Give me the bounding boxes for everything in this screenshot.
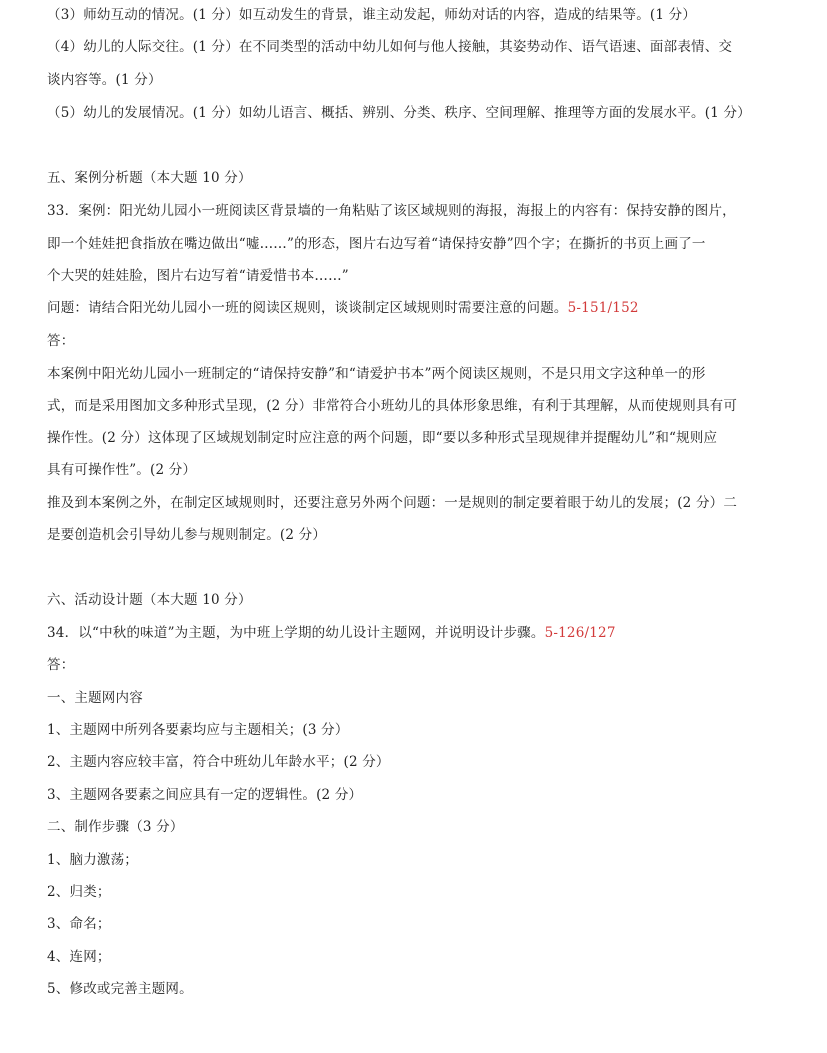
answer-label: 答： [47,332,817,350]
answer-33-line-1: 本案例中阳光幼儿园小一班制定的“请保持安静”和“请爱护书本”两个阅读区规则，不是… [47,365,817,383]
line-text: 操作性。(2 分）这体现了区域规划制定时应注意的两个问题，即“要以多种形式呈现规… [47,430,717,446]
line-text: 3、主题网各要素之间应具有一定的逻辑性。(2 分） [47,787,362,803]
subheading-production-steps: 二、制作步骤（3 分） [47,818,817,836]
page-reference: 5-126/127 [545,625,616,641]
answer-33-line-3: 操作性。(2 分）这体现了区域规划制定时应注意的两个问题，即“要以多种形式呈现规… [47,429,817,447]
answer-33-line-2: 式，而是采用图加文多种形式呈现，(2 分）非常符合小班幼儿的具体形象思维，有利于… [47,397,817,415]
line-text: 式，而是采用图加文多种形式呈现，(2 分）非常符合小班幼儿的具体形象思维，有利于… [47,398,737,414]
document-page: （3）师幼互动的情况。(1 分）如互动发生的背景，谁主动发起，师幼对话的内容，造… [0,0,827,1053]
section-heading-activity-design: 六、活动设计题（本大题 10 分） [47,591,817,609]
answer-33-line-6: 是要创造机会引导幼儿参与规则制定。(2 分） [47,526,817,544]
question-33-case-line-1: 33．案例：阳光幼儿园小一班阅读区背景墙的一角粘贴了该区域规则的海报，海报上的内… [47,202,817,220]
question-33-case-line-2: 即一个娃娃把食指放在嘴边做出“嘘……”的形态，图片右边写着“请保持安静”四个字；… [47,235,817,253]
list-item-content-2: 2、主题内容应较丰富，符合中班幼儿年龄水平；(2 分） [47,753,817,771]
subheading-theme-web-content: 一、主题网内容 [47,689,817,707]
text-line-q4-continued: 谈内容等。(1 分） [47,71,817,89]
page-reference: 5-151/152 [568,300,639,316]
line-text: 1、主题网中所列各要素均应与主题相关；(3 分） [47,722,349,738]
text-line-q3-interaction: （3）师幼互动的情况。(1 分）如互动发生的背景，谁主动发起，师幼对话的内容，造… [47,6,817,24]
text-line-q4-interpersonal: （4）幼儿的人际交往。(1 分）在不同类型的活动中幼儿如何与他人接触，其姿势动作… [47,38,817,56]
section-heading-case-analysis: 五、案例分析题（本大题 10 分） [47,169,817,187]
answer-33-line-4: 具有可操作性”。(2 分） [47,461,817,479]
list-item-step-2: 2、归类； [47,883,817,901]
line-text: （5）幼儿的发展情况。(1 分）如幼儿语言、概括、辨别、分类、秩序、空间理解、推… [47,105,751,121]
line-text: 问题：请结合阳光幼儿园小一班的阅读区规则，谈谈制定区域规则时需要注意的问题。 [47,300,568,316]
line-text: 本案例中阳光幼儿园小一班制定的“请保持安静”和“请爱护书本”两个阅读区规则，不是… [47,366,706,382]
answer-33-line-5: 推及到本案例之外，在制定区域规则时，还要注意另外两个问题：一是规则的制定要着眼于… [47,494,817,512]
line-text: 33．案例：阳光幼儿园小一班阅读区背景墙的一角粘贴了该区域规则的海报，海报上的内… [47,203,736,219]
line-text: 答： [47,657,74,673]
question-34-prompt: 34．以“中秋的味道”为主题，为中班上学期的幼儿设计主题网，并说明设计步骤。5-… [47,624,817,642]
list-item-step-3: 3、命名； [47,915,817,933]
list-item-step-5: 5、修改或完善主题网。 [47,980,817,998]
line-text: （4）幼儿的人际交往。(1 分）在不同类型的活动中幼儿如何与他人接触，其姿势动作… [47,39,732,55]
line-text: 一、主题网内容 [47,690,143,706]
line-text: 34．以“中秋的味道”为主题，为中班上学期的幼儿设计主题网，并说明设计步骤。 [47,625,545,641]
heading-text: 六、活动设计题（本大题 10 分） [47,592,252,608]
line-text: （3）师幼互动的情况。(1 分）如互动发生的背景，谁主动发起，师幼对话的内容，造… [47,7,696,23]
line-text: 推及到本案例之外，在制定区域规则时，还要注意另外两个问题：一是规则的制定要着眼于… [47,495,737,511]
line-text: 5、修改或完善主题网。 [47,981,193,997]
line-text: 具有可操作性”。(2 分） [47,462,196,478]
line-text: 二、制作步骤（3 分） [47,819,184,835]
line-text: 答： [47,333,74,349]
answer-label: 答： [47,656,817,674]
line-text: 2、主题内容应较丰富，符合中班幼儿年龄水平；(2 分） [47,754,390,770]
line-text: 1、脑力激荡； [47,852,138,868]
line-text: 是要创造机会引导幼儿参与规则制定。(2 分） [47,527,326,543]
text-line-q5-development: （5）幼儿的发展情况。(1 分）如幼儿语言、概括、辨别、分类、秩序、空间理解、推… [47,104,817,122]
question-33-prompt: 问题：请结合阳光幼儿园小一班的阅读区规则，谈谈制定区域规则时需要注意的问题。5-… [47,299,817,317]
line-text: 3、命名； [47,916,111,932]
line-text: 2、归类； [47,884,111,900]
line-text: 4、连网； [47,949,111,965]
list-item-step-1: 1、脑力激荡； [47,851,817,869]
list-item-step-4: 4、连网； [47,948,817,966]
question-33-case-line-3: 个大哭的娃娃脸，图片右边写着“请爱惜书本……” [47,267,817,285]
line-text: 即一个娃娃把食指放在嘴边做出“嘘……”的形态，图片右边写着“请保持安静”四个字；… [47,236,706,252]
list-item-content-1: 1、主题网中所列各要素均应与主题相关；(3 分） [47,721,817,739]
heading-text: 五、案例分析题（本大题 10 分） [47,170,252,186]
line-text: 谈内容等。(1 分） [47,72,162,88]
line-text: 个大哭的娃娃脸，图片右边写着“请爱惜书本……” [47,268,349,284]
list-item-content-3: 3、主题网各要素之间应具有一定的逻辑性。(2 分） [47,786,817,804]
